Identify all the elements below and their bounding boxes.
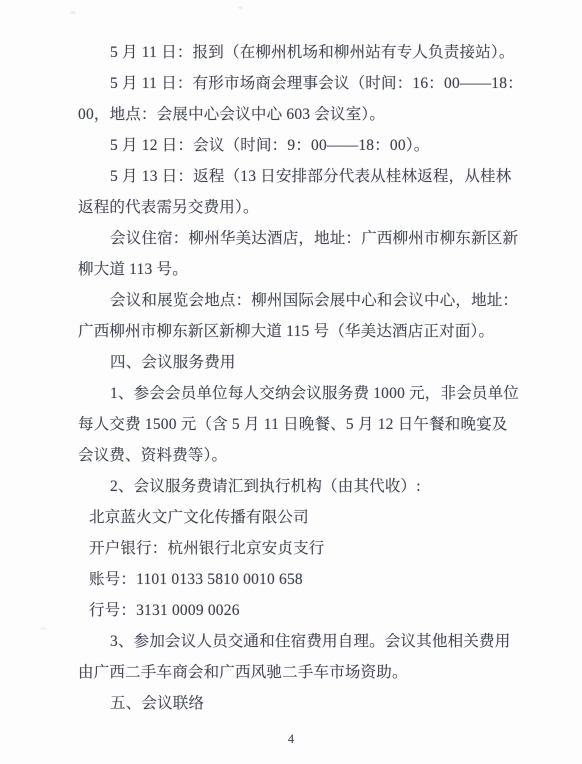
document-line: 由广西二手车商会和广西风驰二手车市场资助。: [78, 657, 548, 688]
section-heading: 四、会议服务费用: [78, 347, 548, 378]
scan-speck: [70, 11, 76, 14]
document-line: 返程的代表需另交费用）。: [78, 192, 548, 223]
document-line: 广西柳州市柳东新区新柳大道 115 号（华美达酒店正对面）。: [78, 316, 548, 347]
section-heading: 五、会议联络: [78, 688, 548, 719]
document-line: 1、参会会员单位每人交纳会议服务费 1000 元，非会员单位: [78, 378, 548, 409]
scan-speck: [238, 6, 243, 9]
document-body: 5 月 11 日：报到（在柳州机场和柳州站有专人负责接站）。 5 月 11 日：…: [78, 37, 548, 719]
document-line: 3、参加会议人员交通和住宿费用自理。会议其他相关费用: [78, 626, 548, 657]
document-line: 会议费、资料费等）。: [78, 440, 548, 471]
document-line: 5 月 12 日：会议（时间：9：00——18：00）。: [78, 130, 548, 161]
payee-company-line: 北京蓝火文广文化传播有限公司: [78, 502, 548, 533]
document-line: 5 月 11 日：有形市场商会理事会议（时间：16：00——18：: [78, 68, 548, 99]
document-line: 5 月 13 日：返程（13 日安排部分代表从桂林返程，从桂林: [78, 161, 548, 192]
document-line: 柳大道 113 号。: [78, 254, 548, 285]
document-line: 2、会议服务费请汇到执行机构（由其代收）:: [78, 471, 548, 502]
document-line: 每人交费 1500 元（含 5 月 11 日晚餐、5 月 12 日午餐和晚宴及: [78, 409, 548, 440]
page-number: 4: [0, 730, 582, 748]
account-number-line: 账号：1101 0133 5810 0010 658: [78, 564, 548, 595]
document-line: 5 月 11 日：报到（在柳州机场和柳州站有专人负责接站）。: [78, 37, 548, 68]
document-line: 00，地点：会展中心会议中心 603 会议室）。: [78, 99, 548, 130]
bank-code-line: 行号：3131 0009 0026: [78, 595, 548, 626]
document-line: 会议住宿：柳州华美达酒店，地址：广西柳州市柳东新区新: [78, 223, 548, 254]
bank-name-line: 开户银行：杭州银行北京安贞支行: [78, 533, 548, 564]
scanned-document-page: 5 月 11 日：报到（在柳州机场和柳州站有专人负责接站）。 5 月 11 日：…: [0, 0, 582, 764]
scan-speck: [40, 627, 47, 630]
document-line: 会议和展览会地点：柳州国际会展中心和会议中心，地址：: [78, 285, 548, 316]
